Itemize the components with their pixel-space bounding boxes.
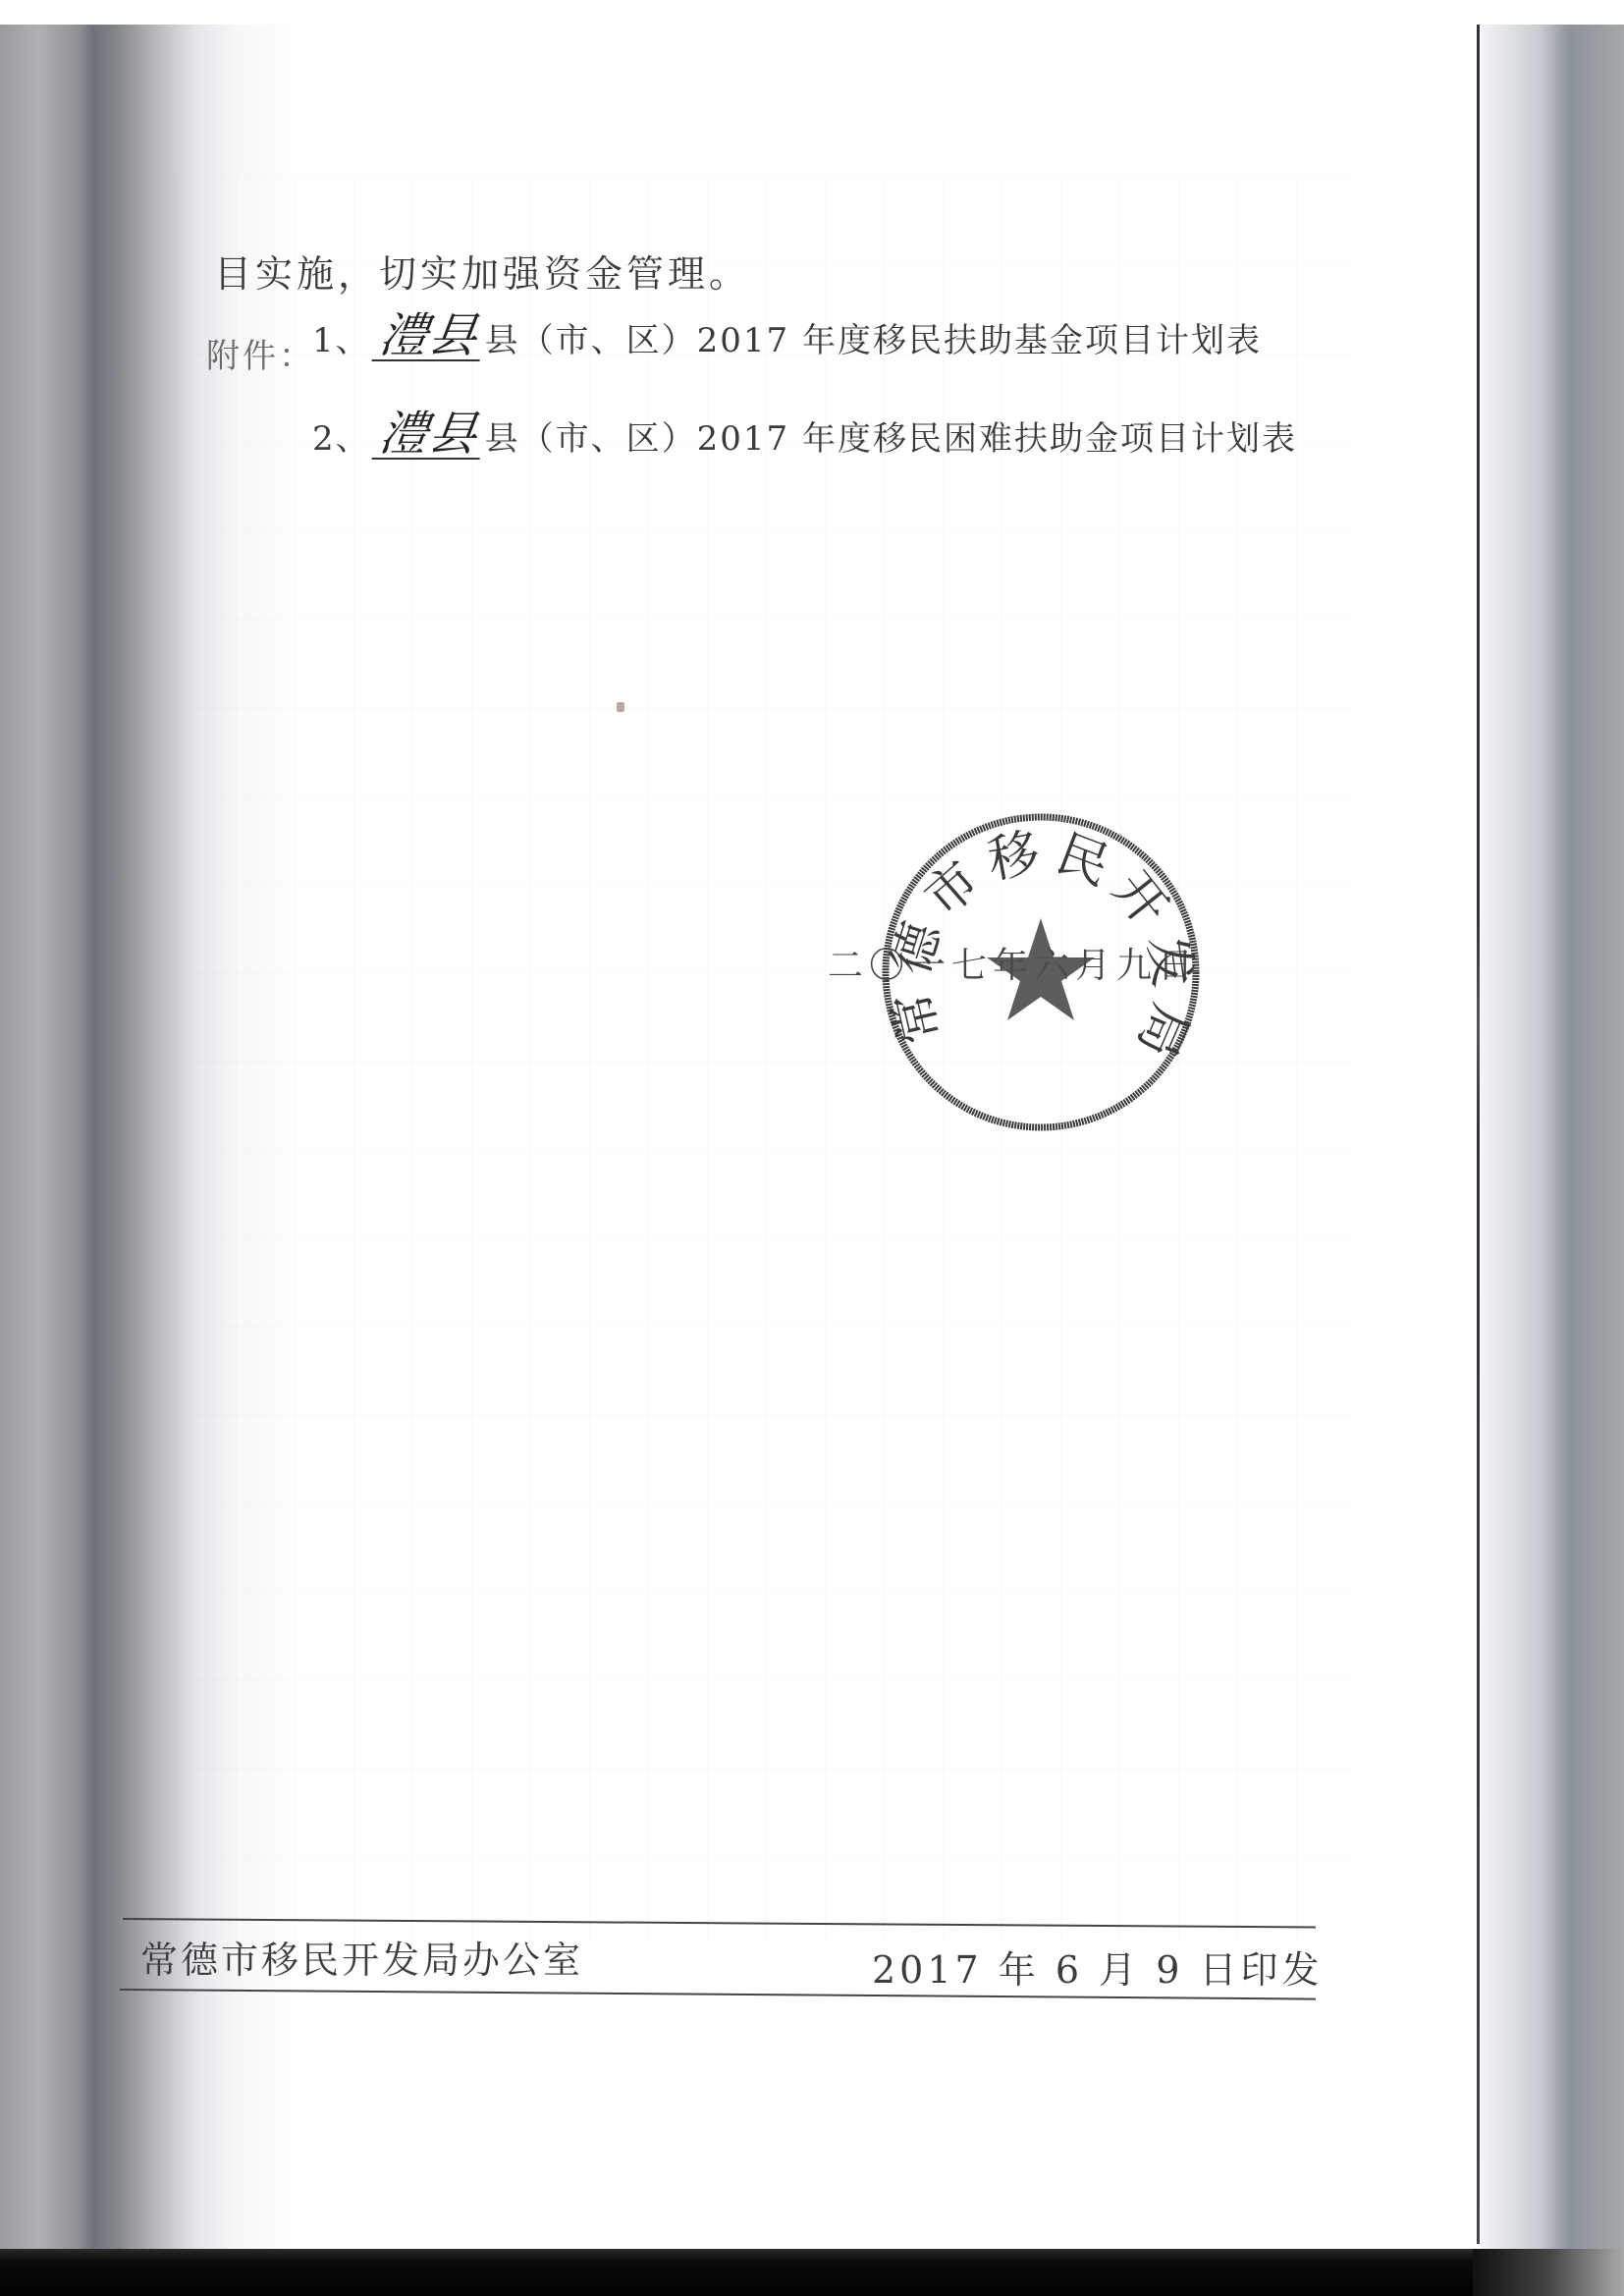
issue-date: 2017 年 6 月 9 日印发 bbox=[872, 1940, 1323, 1994]
scanner-right-strip bbox=[1481, 25, 1624, 2259]
official-seal: 常德市移民开发局 bbox=[879, 810, 1203, 1134]
attachment-item: 1、 澧县 县（市、区）2017 年度移民扶助基金项目计划表 bbox=[312, 312, 1262, 361]
attachment-title: 县（市、区）2017 年度移民困难扶助金项目计划表 bbox=[485, 411, 1297, 460]
attachment-title: 县（市、区）2017 年度移民扶助基金项目计划表 bbox=[485, 313, 1262, 361]
body-text: 目实施，切实加强资金管理。 bbox=[214, 244, 750, 298]
page-edge-line bbox=[1477, 25, 1480, 2244]
attachment-number: 1、 bbox=[312, 313, 371, 361]
attachments-label: 附件： bbox=[206, 329, 315, 377]
scanner-corner-shadow bbox=[1473, 2249, 1624, 2296]
scan-top-margin bbox=[0, 0, 1624, 25]
handwritten-county-fill: 澧县 bbox=[371, 312, 486, 361]
attachment-number: 2、 bbox=[312, 411, 371, 460]
handwritten-county-fill: 澧县 bbox=[371, 410, 486, 460]
attachment-item: 2、 澧县 县（市、区）2017 年度移民困难扶助金项目计划表 bbox=[312, 410, 1297, 460]
scanner-bottom-band bbox=[0, 2249, 1624, 2296]
star-icon bbox=[987, 918, 1095, 1020]
issuing-office: 常德市移民开发局办公室 bbox=[140, 1930, 583, 1984]
scan-speck bbox=[617, 702, 624, 712]
